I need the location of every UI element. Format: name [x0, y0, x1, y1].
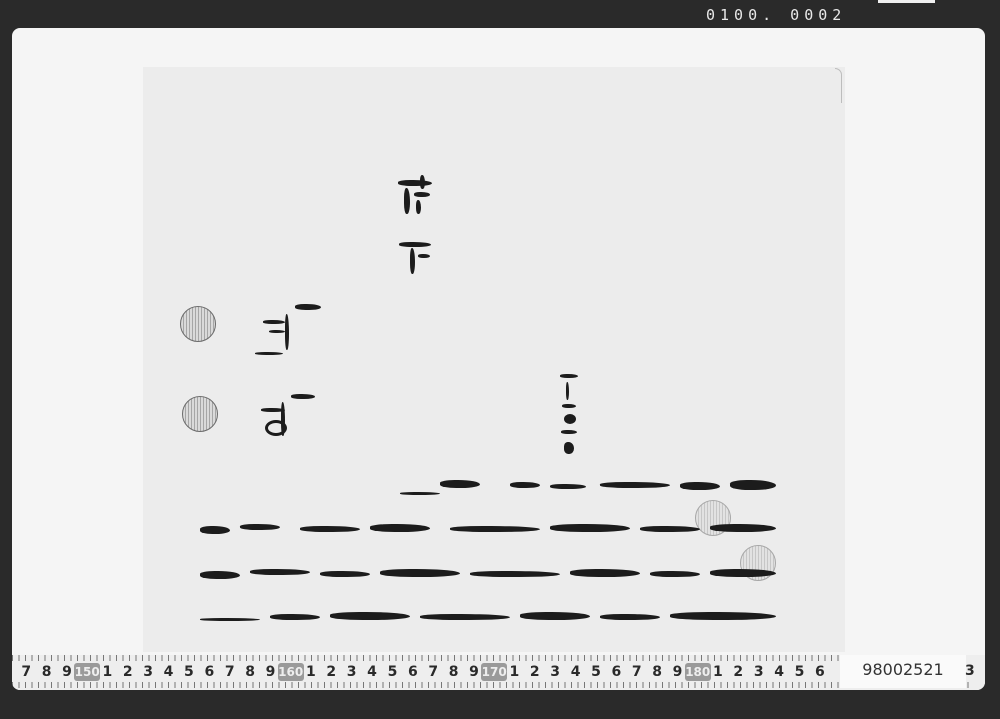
- ruler-ticks-top: [12, 655, 840, 661]
- ruler-label: 4: [565, 663, 585, 681]
- ruler-label: 1: [301, 663, 321, 681]
- ruler-label: 6: [606, 663, 626, 681]
- catalog-id-label: 98002521: [840, 655, 966, 688]
- ruler-label: 8: [240, 663, 260, 681]
- ruler-label: 4: [769, 663, 789, 681]
- ruler-label: 1: [708, 663, 728, 681]
- ruler-label: 3: [138, 663, 158, 681]
- ruler-label: 5: [586, 663, 606, 681]
- frame-number: 0100. 0002: [706, 6, 846, 24]
- ruler-label: 5: [789, 663, 809, 681]
- title-column-3: [396, 175, 436, 225]
- ruler-label: 2: [525, 663, 545, 681]
- ruler-label: 7: [220, 663, 240, 681]
- ruler-label: 8: [36, 663, 56, 681]
- body-column-3: [200, 565, 780, 595]
- seal-relative: [180, 306, 216, 342]
- ruler-ticks-bottom: [12, 682, 972, 688]
- ruler-label: 2: [118, 663, 138, 681]
- signatory-principal: [255, 390, 325, 460]
- body-column-2: [200, 520, 780, 550]
- paper-corner-curl: [835, 68, 842, 103]
- ruler-label: 7: [16, 663, 36, 681]
- ruler-label: 8: [443, 663, 463, 681]
- ruler-label: 1: [97, 663, 117, 681]
- frame-tab: [878, 0, 935, 3]
- seal-principal: [182, 396, 218, 432]
- ruler-labels: 7 8 9 150 1 2 3 4 5 6 7 8 9 160 1 2 3 4 …: [16, 663, 846, 681]
- ruler-label: 4: [158, 663, 178, 681]
- ruler-label: 6: [810, 663, 830, 681]
- ruler-end-label: 3: [965, 663, 975, 679]
- ruler-label: 4: [362, 663, 382, 681]
- ruler-label: 8: [647, 663, 667, 681]
- ruler-label: 5: [179, 663, 199, 681]
- ruler-label: 5: [382, 663, 402, 681]
- ruler-label: 3: [341, 663, 361, 681]
- title-column-2: [396, 232, 436, 282]
- date-column: [558, 370, 580, 460]
- ruler-label: 3: [545, 663, 565, 681]
- ruler-label: 2: [321, 663, 341, 681]
- body-column-4: [200, 608, 780, 638]
- ruler-label: 1: [504, 663, 524, 681]
- ruler-label: 6: [403, 663, 423, 681]
- ruler-label: 2: [728, 663, 748, 681]
- signatory-relative: [255, 300, 325, 380]
- ruler-label: 7: [627, 663, 647, 681]
- ruler-label: 6: [199, 663, 219, 681]
- ruler-label: 7: [423, 663, 443, 681]
- ruler-label: 3: [749, 663, 769, 681]
- measuring-ruler: 7 8 9 150 1 2 3 4 5 6 7 8 9 160 1 2 3 4 …: [12, 655, 985, 690]
